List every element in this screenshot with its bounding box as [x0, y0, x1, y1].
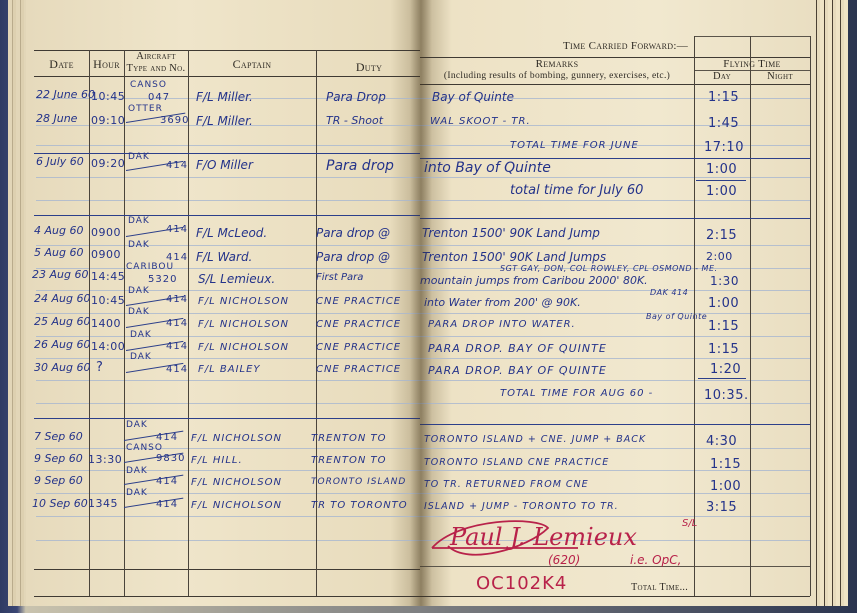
entry-remarks: Toronto Island + CNE. Jump + Back: [424, 434, 646, 445]
entry-captain: F/L Hill.: [191, 455, 243, 466]
entry-day-time: 3:15: [706, 500, 737, 515]
entry-aircraft-type: Otter: [128, 104, 163, 114]
header-top-rule: [34, 50, 422, 51]
entry-aircraft-no: 414: [156, 499, 178, 510]
entry-aircraft-type: Canso: [130, 80, 167, 90]
entry-day-time: 1:15: [708, 90, 739, 105]
entry-captain: F/L Nicholson: [191, 500, 282, 511]
entry-remarks-note: Dak 414: [650, 288, 688, 297]
entry-aircraft-no: 414: [156, 432, 178, 443]
entry-captain: F/L Miller.: [196, 90, 253, 104]
footer-rule-1: [34, 569, 422, 570]
entry-aircraft-type: Dak: [128, 216, 150, 226]
total-june-day: 17:10: [704, 140, 744, 155]
entry-hour: 1345: [88, 497, 118, 510]
entry-captain: F/O Miller: [196, 158, 253, 172]
entry-captain: F/L Nicholson: [198, 319, 289, 330]
signature-suffix: S/L: [682, 518, 697, 529]
entry-day-time: 1:15: [710, 457, 741, 472]
entry-aircraft-no: 414: [166, 294, 188, 305]
total-time-label: Total Time...: [600, 582, 694, 593]
entry-hour: 09:20: [91, 157, 125, 170]
entry-aircraft-type: Dak: [128, 286, 150, 296]
entry-hour: 14:45: [91, 270, 125, 283]
entry-duty: TR to Toronto: [311, 500, 408, 511]
entry-captain: F/L Miller.: [196, 114, 253, 128]
entry-date: 7 Sep 60: [34, 430, 83, 443]
entry-day-time: 1:00: [710, 479, 741, 494]
entry-date: 23 Aug 60: [32, 268, 88, 281]
total-july-day: 1:00: [706, 184, 737, 199]
entry-duty: CNE Practice: [316, 319, 401, 330]
header-date: Date: [34, 57, 89, 72]
entry-aircraft-no: 414: [166, 341, 188, 352]
entry-aircraft-no: 414: [166, 224, 188, 235]
signature-sub-right: i.e. OpC,: [630, 553, 681, 567]
entry-aircraft-no: 3690: [160, 115, 189, 126]
entry-aircraft-type: Dak: [126, 420, 148, 430]
time-carried-forward-label: Time Carried Forward:—: [540, 40, 694, 52]
entry-aircraft-type: Dak: [128, 240, 150, 250]
entry-hour: 0900: [91, 248, 121, 261]
entry-remarks: into Water from 200' @ 90K.: [424, 296, 581, 309]
entry-captain: S/L Lemieux.: [198, 272, 275, 286]
signature-sub-left: (620): [548, 553, 580, 567]
entry-date: 4 Aug 60: [34, 224, 83, 237]
right-page-stack: [812, 0, 848, 606]
footer-rule-2: [34, 596, 422, 597]
entry-captain: F/L Nicholson: [198, 296, 289, 307]
right-page: Time Carried Forward:— Remarks (Includin…: [420, 0, 816, 606]
entry-hour: 13:30: [88, 453, 122, 466]
entry-hour: 1400: [91, 317, 121, 330]
entry-day-time: 1:20: [710, 362, 741, 377]
header-remarks: Remarks: [420, 58, 694, 70]
entry-day-time: 1:00: [708, 296, 739, 311]
entry-duty: Trenton to: [311, 433, 386, 444]
entry-day-time: 1:15: [708, 319, 739, 334]
entry-duty: Para drop @: [316, 250, 390, 264]
entry-aircraft-no: 9830: [156, 453, 185, 464]
entry-duty: CNE Practice: [316, 364, 401, 375]
entry-day-time: 1:45: [708, 116, 739, 131]
entry-duty: Para drop: [326, 158, 394, 174]
header-hour: Hour: [89, 57, 124, 72]
entry-remarks: Bay of Quinte: [432, 90, 514, 104]
entry-date: 30 Aug 60: [34, 361, 90, 374]
entry-captain: F/L Bailey: [198, 364, 261, 375]
entry-aircraft-type: Dak: [130, 330, 152, 340]
entry-remarks: Island + Jump - Toronto to TR.: [424, 501, 619, 512]
entry-date: 25 Aug 60: [34, 315, 90, 328]
header-remarks-sub: (Including results of bombing, gunnery, …: [420, 71, 694, 81]
entry-hour: 14:00: [91, 340, 125, 353]
entry-duty: Trenton to: [311, 455, 386, 466]
entry-remarks: Toronto Island CNE Practice: [424, 457, 609, 468]
entry-remarks: Wal Skoot - TR.: [430, 116, 531, 127]
header-captain: Captain: [188, 57, 316, 72]
entry-aircraft-no: 414: [166, 318, 188, 329]
entry-hour: ?: [96, 360, 103, 375]
entry-aircraft-type: Caribou: [126, 262, 174, 272]
header-day: Day: [694, 71, 750, 82]
service-number: OC102K4: [476, 573, 567, 594]
entry-duty: CNE Practice: [316, 342, 401, 353]
entry-hour: 10:45: [91, 90, 125, 103]
entry-day-time: 4:30: [706, 434, 737, 449]
entry-date: 10 Sep 60: [32, 497, 88, 510]
entry-remarks: Para Drop. Bay of Quinte: [428, 364, 607, 377]
entry-aircraft-no: 047: [148, 92, 170, 103]
entry-remarks: Para Drop. Bay of Quinte: [428, 342, 607, 355]
entry-aircraft-no: 414: [166, 160, 188, 171]
entry-captain: F/L Nicholson: [191, 433, 282, 444]
entry-remarks: to TR. Returned from CNE: [424, 479, 589, 490]
total-aug-day: 10:35.: [704, 388, 749, 403]
entry-captain: F/L Nicholson: [191, 477, 282, 488]
entry-duty: Para drop @: [316, 226, 390, 240]
header-aircraft-line2: Type and No.: [124, 63, 188, 74]
entry-remarks: mountain jumps from Caribou 2000' 80K.: [420, 274, 648, 287]
entry-remarks-note: Bay of Quinte: [646, 312, 707, 321]
entry-aircraft-type: Dak: [130, 352, 152, 362]
entry-remarks: Trenton 1500' 90K Land Jumps: [422, 250, 606, 264]
entry-aircraft-no: 414: [166, 364, 188, 375]
entry-day-time: 1:00: [706, 162, 737, 177]
entry-hour: 0900: [91, 226, 121, 239]
entry-aircraft-type: Dak: [126, 488, 148, 498]
entry-duty: CNE Practice: [316, 296, 401, 307]
entry-remarks-note: Sgt Gay, Don, Col Rowley, Cpl Osmond - M…: [500, 264, 718, 273]
total-aug-label: Total Time for Aug 60 -: [500, 388, 653, 399]
entry-date: 28 June: [36, 112, 77, 125]
entry-day-time: 2:15: [706, 228, 737, 243]
signature-name: Paul J. Lemieux: [450, 523, 637, 551]
total-july-label: total time for July 60: [510, 183, 643, 198]
entry-duty: TR - Shoot: [326, 114, 383, 127]
entry-date: 9 Sep 60: [34, 474, 83, 487]
header-flying-time: Flying Time: [694, 58, 810, 70]
header-aircraft-line1: Aircraft: [124, 51, 188, 62]
book-gutter: [410, 0, 432, 606]
entry-day-time: 1:15: [708, 342, 739, 357]
entry-captain: F/L Ward.: [196, 250, 252, 264]
header-duty: Duty: [316, 60, 422, 75]
entry-remarks: Trenton 1500' 90K Land Jump: [422, 226, 600, 240]
total-june-label: Total Time for June: [510, 140, 639, 151]
entry-date: 5 Aug 60: [34, 246, 83, 259]
entry-aircraft-type: Dak: [126, 466, 148, 476]
entry-aircraft-no: 5320: [148, 274, 177, 285]
entry-captain: F/L Nicholson: [198, 342, 289, 353]
entry-date: 6 July 60: [36, 155, 84, 168]
left-page: Date Hour Aircraft Type and No. Captain …: [26, 0, 422, 606]
header-bottom-rule: [34, 76, 422, 77]
entry-duty: Para Drop: [326, 90, 386, 104]
entry-date: 22 June 60: [36, 88, 95, 101]
entry-day-time: 2:00: [706, 250, 733, 263]
entry-hour: 09:10: [91, 114, 125, 127]
entry-remarks: into Bay of Quinte: [424, 160, 551, 176]
entry-aircraft-type: Canso: [126, 443, 163, 453]
entry-aircraft-type: Dak: [128, 307, 150, 317]
entry-captain: F/L McLeod.: [196, 226, 267, 240]
entry-aircraft-no: 414: [156, 476, 178, 487]
entry-remarks: Para drop into water.: [428, 319, 576, 330]
entry-aircraft-type: Dak: [128, 152, 150, 162]
entry-date: 24 Aug 60: [34, 292, 90, 305]
entry-date: 9 Sep 60: [34, 452, 83, 465]
entry-date: 26 Aug 60: [34, 338, 90, 351]
header-night: Night: [750, 71, 810, 82]
entry-duty: First Para: [316, 272, 363, 283]
entry-hour: 10:45: [91, 294, 125, 307]
entry-day-time: 1:30: [710, 274, 739, 288]
entry-duty: Toronto Island: [311, 477, 406, 487]
